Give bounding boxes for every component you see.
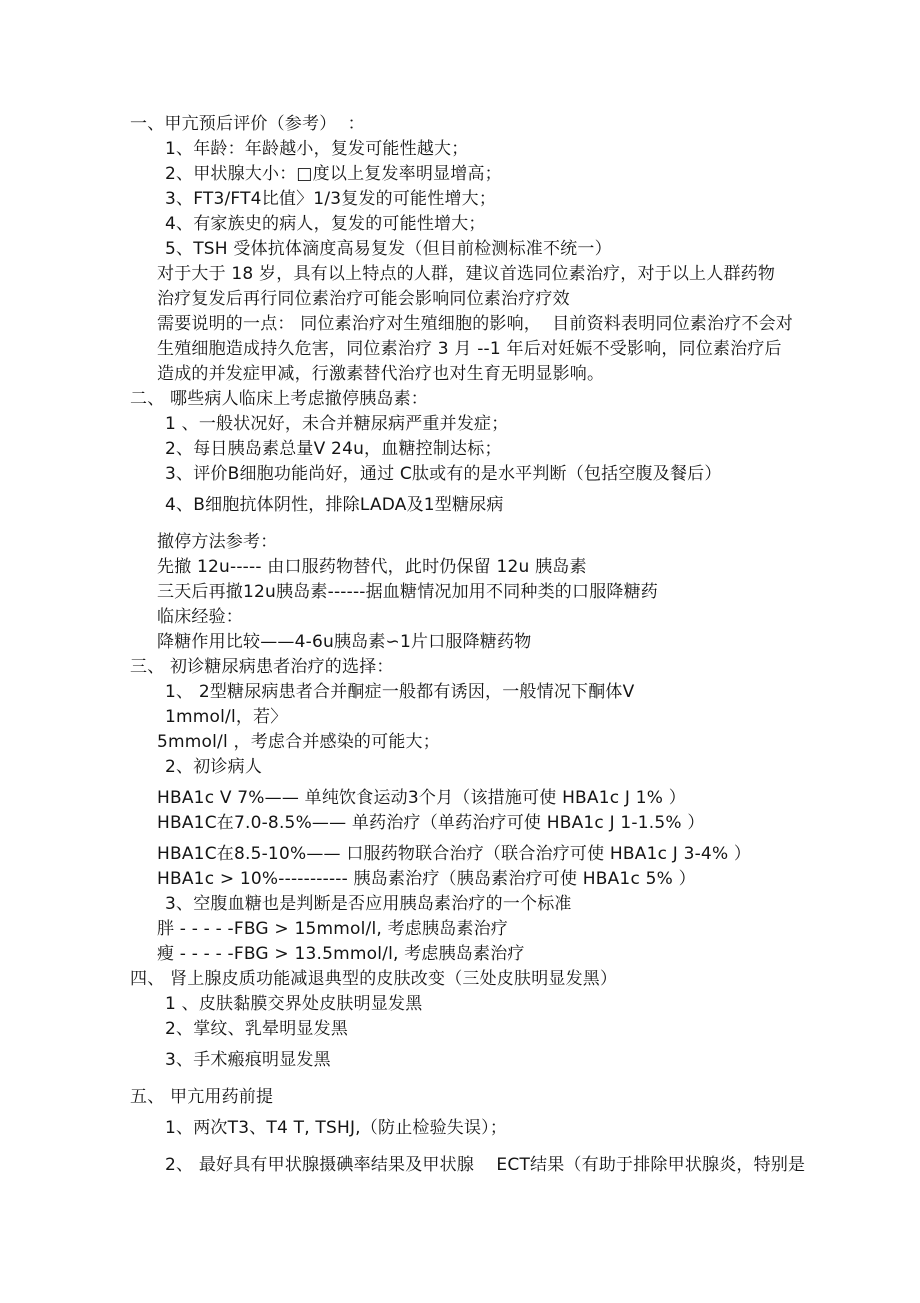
document-line: 生殖细胞造成持久危害，同位素治疗 3 月 --1 年后对妊娠不受影响，同位素治疗… (0, 337, 920, 362)
document-line: HBA1c V 7%—— 单纯饮食运动3个月（该措施可使 HBA1c J 1% … (0, 786, 920, 811)
document-line: 临床经验： (0, 605, 920, 630)
document-line: 先撤 12u----- 由口服药物替代，此时仍保留 12u 胰岛素 (0, 555, 920, 580)
document-line: 3、空腹血糖也是判断是否应用胰岛素治疗的一个标准 (0, 892, 920, 917)
document-line: 胖 - - - - -FBG > 15mmol/l, 考虑胰岛素治疗 (0, 917, 920, 942)
document-line: 五、 甲亢用药前提 (0, 1085, 920, 1110)
document-line: 2、每日胰岛素总量V 24u，血糖控制达标； (0, 437, 920, 462)
document-line: 对于大于 18 岁，具有以上特点的人群，建议首选同位素治疗，对于以上人群药物 (0, 262, 920, 287)
document-line: 三、 初诊糖尿病患者治疗的选择： (0, 655, 920, 680)
document-line: 1、两次T3、T4 T, TSHJ,（防止检验失误）； (0, 1116, 920, 1141)
document-line: 4、有家族史的病人，复发的可能性增大； (0, 212, 920, 237)
document-line: HBA1C在7.0-8.5%—— 单药治疗（单药治疗可使 HBA1c J 1-1… (0, 811, 920, 836)
document-line: 5mmol/l ，考虑合并感染的可能大； (0, 730, 920, 755)
document-line: 2、掌纹、乳晕明显发黑 (0, 1017, 920, 1042)
document-line: 二、 哪些病人临床上考虑撤停胰岛素： (0, 387, 920, 412)
document-line: 降糖作用比较——4-6u胰岛素∽1片口服降糖药物 (0, 630, 920, 655)
document-page: 一、甲亢预后评价（参考） ：1、年龄：年龄越小，复发可能性越大；2、甲状腺大小：… (0, 0, 920, 1303)
document-line: 2、初诊病人 (0, 755, 920, 780)
document-line: 三天后再撤12u胰岛素------据血糖情况加用不同种类的口服降糖药 (0, 580, 920, 605)
document-line: 3、手术瘢痕明显发黑 (0, 1048, 920, 1073)
document-line: 1、 2型糖尿病患者合并酮症一般都有诱因，一般情况下酮体V 1mmol/l，若〉 (0, 680, 920, 730)
document-line: 造成的并发症甲减，行激素替代治疗也对生育无明显影响。 (0, 362, 920, 387)
document-line: 1、年龄：年龄越小，复发可能性越大； (0, 137, 920, 162)
document-line: 5、TSH 受体抗体滴度高易复发（但目前检测标准不统一） (0, 237, 920, 262)
document-line: HBA1c > 10%----------- 胰岛素治疗（胰岛素治疗可使 HBA… (0, 867, 920, 892)
document-body: 一、甲亢预后评价（参考） ：1、年龄：年龄越小，复发可能性越大；2、甲状腺大小：… (0, 112, 920, 1178)
document-line: 瘦 - - - - -FBG > 13.5mmol/l, 考虑胰岛素治疗 (0, 942, 920, 967)
document-line: 1 、皮肤黏膜交界处皮肤明显发黑 (0, 992, 920, 1017)
document-line: 2、 最好具有甲状腺摄碘率结果及甲状腺 ECT结果（有助于排除甲状腺炎，特别是 (0, 1153, 920, 1178)
document-line: 治疗复发后再行同位素治疗可能会影响同位素治疗疗效 (0, 287, 920, 312)
document-line: HBA1C在8.5-10%—— 口服药物联合治疗（联合治疗可使 HBA1c J … (0, 842, 920, 867)
document-line: 撤停方法参考： (0, 530, 920, 555)
document-line: 一、甲亢预后评价（参考） ： (0, 112, 920, 137)
document-line: 4、B细胞抗体阴性，排除LADA及1型糖尿病 (0, 493, 920, 518)
document-line: 3、FT3/FT4比值〉1/3复发的可能性增大； (0, 187, 920, 212)
document-line: 四、 肾上腺皮质功能减退典型的皮肤改变（三处皮肤明显发黑） (0, 967, 920, 992)
document-line: 3、评价B细胞功能尚好，通过 C肽或有的是水平判断（包括空腹及餐后） (0, 462, 920, 487)
document-line: 2、甲状腺大小：□度以上复发率明显增高； (0, 162, 920, 187)
document-line: 需要说明的一点： 同位素治疗对生殖细胞的影响， 目前资料表明同位素治疗不会对 (0, 312, 920, 337)
document-line: 1 、一般状况好，未合并糖尿病严重并发症； (0, 412, 920, 437)
